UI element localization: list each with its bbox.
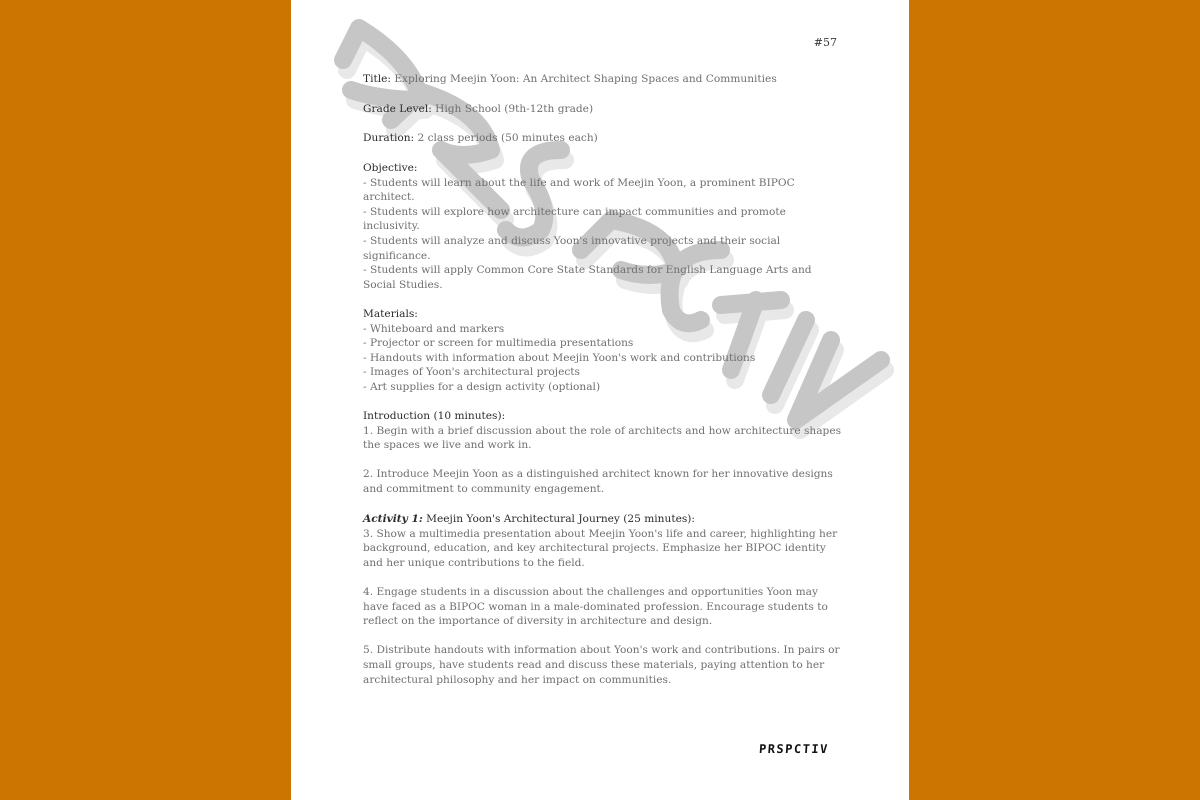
duration-label: Duration: bbox=[363, 132, 414, 144]
grade-level-value: High School (9th-12th grade) bbox=[432, 103, 593, 115]
grade-level-label: Grade Level: bbox=[363, 103, 432, 115]
materials-item: - Art supplies for a design activity (op… bbox=[363, 380, 843, 395]
page-number: #57 bbox=[814, 36, 837, 49]
objective-item: - Students will analyze and discuss Yoon… bbox=[363, 234, 843, 263]
materials-item: - Projector or screen for multimedia pre… bbox=[363, 336, 843, 351]
viewer-background: #57 Title: Exploring Meejin Yoon: An Arc… bbox=[0, 0, 1200, 800]
objective-heading: Objective: bbox=[363, 161, 843, 176]
materials-section: Materials: - Whiteboard and markers - Pr… bbox=[363, 307, 843, 395]
activity-1-label: Activity 1: bbox=[363, 513, 423, 525]
title-label: Title: bbox=[363, 73, 391, 85]
title-line: Title: Exploring Meejin Yoon: An Archite… bbox=[363, 72, 777, 87]
objective-item: - Students will explore how architecture… bbox=[363, 205, 843, 234]
introduction-step: 2. Introduce Meejin Yoon as a distinguis… bbox=[363, 467, 843, 496]
materials-item: - Images of Yoon's architectural project… bbox=[363, 365, 843, 380]
materials-heading: Materials: bbox=[363, 307, 843, 322]
duration-line: Duration: 2 class periods (50 minutes ea… bbox=[363, 131, 598, 146]
activity-1-heading: Meejin Yoon's Architectural Journey (25 … bbox=[423, 513, 695, 525]
objective-item: - Students will learn about the life and… bbox=[363, 176, 843, 205]
introduction-section: Introduction (10 minutes): 1. Begin with… bbox=[363, 409, 843, 497]
introduction-step: 1. Begin with a brief discussion about t… bbox=[363, 424, 843, 453]
activity-step: 4. Engage students in a discussion about… bbox=[363, 585, 843, 629]
duration-value: 2 class periods (50 minutes each) bbox=[414, 132, 598, 144]
footer-brand-logo: PRSPCTIV bbox=[759, 742, 830, 756]
introduction-heading: Introduction (10 minutes): bbox=[363, 409, 843, 424]
activity-step: 5. Distribute handouts with information … bbox=[363, 643, 843, 687]
activity-1-heading-line: Activity 1: Meejin Yoon's Architectural … bbox=[363, 512, 843, 527]
document-page: #57 Title: Exploring Meejin Yoon: An Arc… bbox=[291, 0, 909, 800]
materials-item: - Handouts with information about Meejin… bbox=[363, 351, 843, 366]
title-value: Exploring Meejin Yoon: An Architect Shap… bbox=[391, 73, 777, 85]
objective-item: - Students will apply Common Core State … bbox=[363, 263, 843, 292]
activity-step: 3. Show a multimedia presentation about … bbox=[363, 527, 843, 571]
grade-level-line: Grade Level: High School (9th-12th grade… bbox=[363, 102, 593, 117]
materials-item: - Whiteboard and markers bbox=[363, 322, 843, 337]
activity-1-section: Activity 1: Meejin Yoon's Architectural … bbox=[363, 512, 843, 687]
objective-section: Objective: - Students will learn about t… bbox=[363, 161, 843, 292]
